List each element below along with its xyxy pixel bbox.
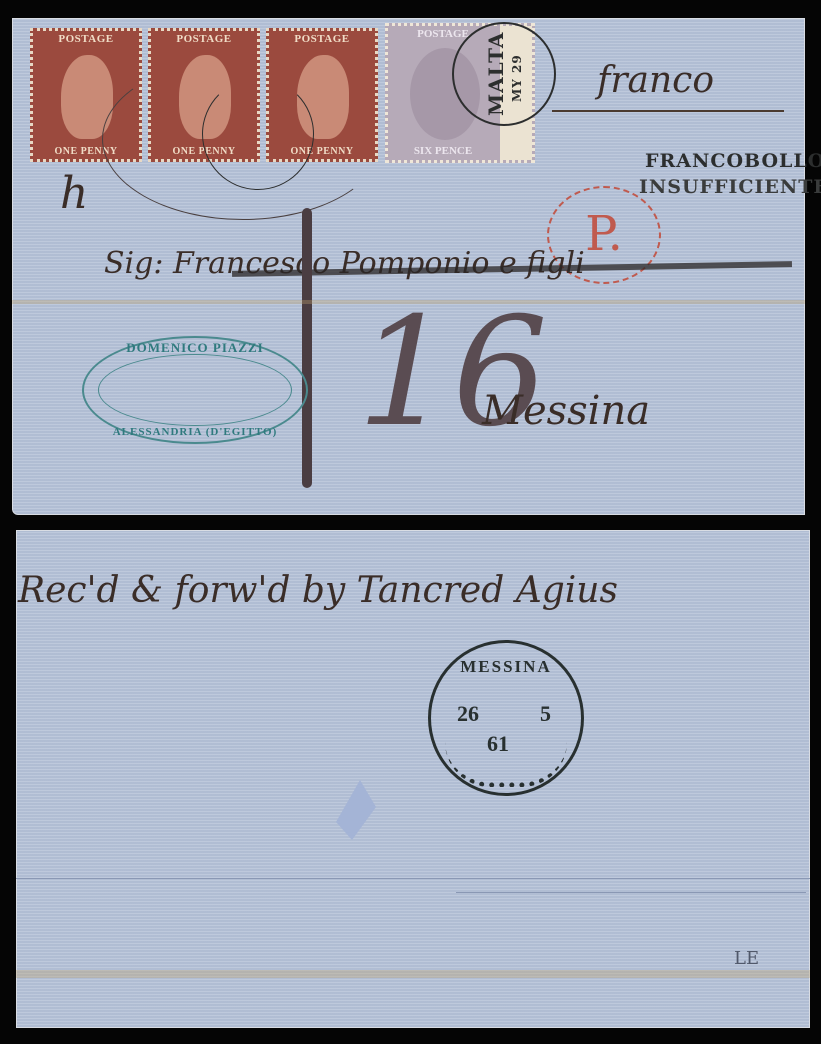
stamp-top-label: POSTAGE <box>151 33 257 45</box>
fold-stain <box>16 970 810 978</box>
handstamp-francobollo: FRANCOBOLLO <box>645 150 821 172</box>
sender-oval-handstamp: DOMENICO PIAZZI ALESSANDRIA (D'EGITTO) <box>82 336 308 444</box>
forwarder-note: Rec'd & forw'd by Tancred Agius <box>18 570 618 611</box>
manuscript-franco: franco <box>597 60 714 101</box>
cover-front: POSTAGE ONE PENNY POSTAGE ONE PENNY POST… <box>12 18 805 515</box>
sender-city: ALESSANDRIA (D'EGITTO) <box>84 426 306 438</box>
seal-tear <box>336 780 376 840</box>
fold-line <box>16 878 810 879</box>
stamp-top-label: POSTAGE <box>33 33 139 45</box>
postmark-date: MY 29 <box>510 54 524 102</box>
oval-inner-ring <box>98 354 292 426</box>
postmark-month: 5 <box>540 701 551 727</box>
handstamp-insufficiente: INSUFFICIENTE <box>639 176 821 198</box>
postmark-town: MALTA <box>484 32 508 116</box>
underline <box>552 110 784 112</box>
wreath-icon <box>445 742 567 787</box>
addressee-line: Sig: Francesco Pomponio e figli <box>104 246 585 281</box>
stamp-top-label: POSTAGE <box>269 33 375 45</box>
flap-edge <box>456 880 806 893</box>
pen-stroke <box>102 58 384 220</box>
pencil-note: LE <box>734 948 759 969</box>
stamp-bottom-label: SIX PENCE <box>388 145 498 157</box>
fold-stain <box>12 300 805 304</box>
malta-postmark: MALTA MY 29 <box>452 22 556 126</box>
cover-back: Rec'd & forw'd by Tancred Agius MESSINA … <box>16 530 810 1028</box>
postmark-day: 26 <box>457 701 479 727</box>
manuscript-initial: h <box>60 168 88 219</box>
messina-arrival-postmark: MESSINA 26 5 61 <box>428 640 584 796</box>
sender-name: DOMENICO PIAZZI <box>84 340 306 356</box>
postmark-town: MESSINA <box>431 657 581 677</box>
destination: Messina <box>482 388 650 434</box>
